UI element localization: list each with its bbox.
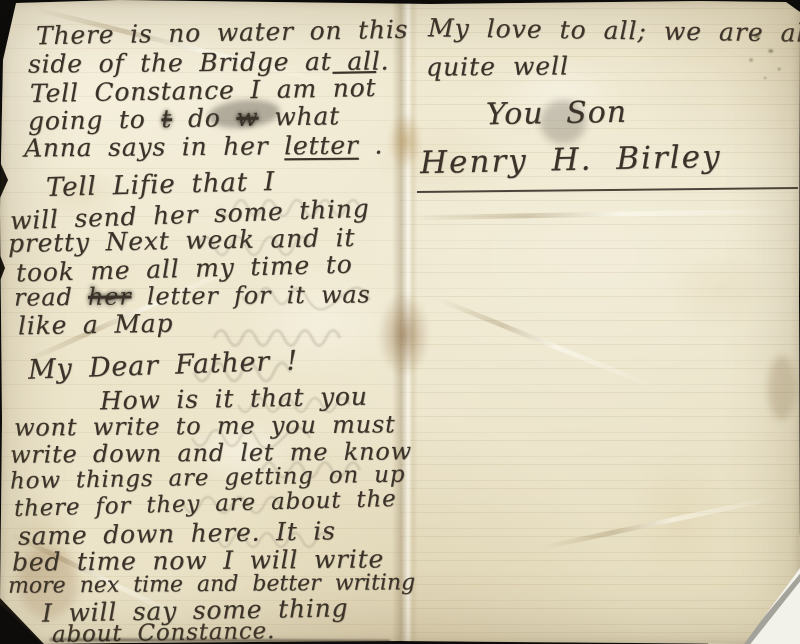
line-segment: letter for it was (131, 280, 370, 310)
struck-word: her (88, 283, 132, 311)
letter-paper: There is no water on this side of the Br… (0, 0, 800, 644)
letter-line: Anna says in her letter . (24, 130, 383, 162)
letter-line: more nex time and better writing (8, 570, 415, 599)
underlined-word: letter (284, 131, 359, 161)
struck-word: t (161, 104, 172, 133)
overlined-word: not (332, 73, 376, 103)
letter-line: read her letter for it was (14, 280, 371, 311)
struck-word: w (236, 103, 259, 132)
right-edge-stain (768, 356, 796, 420)
line-segment: read (14, 283, 88, 312)
line-segment: what (258, 101, 340, 131)
line-segment: . (358, 130, 383, 159)
letter-line: quite well (426, 51, 569, 81)
line-segment: going to (28, 104, 162, 135)
closing-line: You Son (486, 95, 628, 132)
line-segment: Anna says in her (24, 131, 284, 162)
letter-line: like a Map (18, 309, 174, 341)
letter-line: My love to all; we are all (428, 13, 800, 47)
letter-scan: { "colors": { "paper": "#ece4c9", "paper… (0, 0, 800, 644)
line-segment: do (172, 103, 237, 133)
signature: Henry H. Birley (420, 139, 722, 181)
